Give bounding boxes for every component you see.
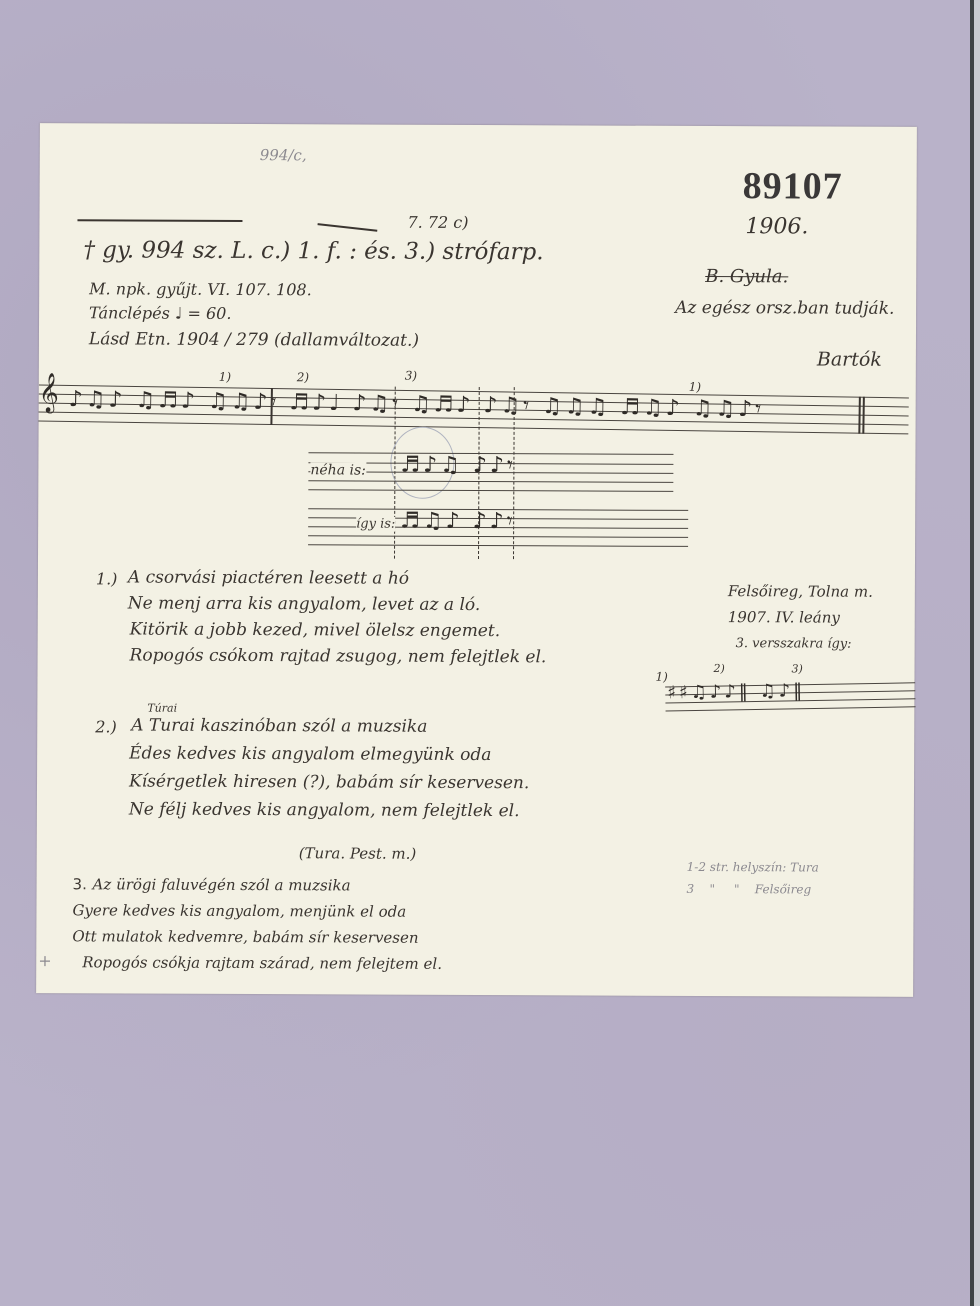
verse-3-line-2: Gyere kedves kis angyalom, menjünk el od… xyxy=(72,901,406,920)
verse-1-line-1: A csorvási piactéren leesett a hó xyxy=(128,567,409,588)
tempo-line: Tánclépés ♩ = 60. xyxy=(89,303,231,323)
place-note: Felsőireg, Tolna m. xyxy=(728,582,873,601)
mount-edge-shadow xyxy=(970,0,974,1306)
variant-mark-2: 2) xyxy=(714,662,725,675)
verse-3-margin-mark: + xyxy=(38,951,51,970)
variant-2-label: így is: xyxy=(356,516,395,531)
final-barline-thick xyxy=(862,397,864,434)
see-also-line: Lásd Etn. 1904 / 279 (dallamváltozat.) xyxy=(89,329,419,350)
rule-line xyxy=(77,219,242,221)
manuscript-sheet: 994/c, 89107 1906. B. Gyula. Az egész or… xyxy=(36,123,917,997)
verse-1-number: 1.) xyxy=(96,569,118,588)
verse-3-line-1: Az ürögi faluvégén szól a muzsika xyxy=(93,875,351,894)
verse-2-line-2: Édes kedves kis angyalom elmegyünk oda xyxy=(129,743,491,765)
main-staff: 𝄞 ♪♫♪ ♫♬♪ ♫♫♪𝄾 ♬♪♩ ♪♫𝄾 ♫♬♪ ♪♫𝄾 ♫♫♫ ♬♫♪ ♫… xyxy=(38,377,909,440)
collector-struck: B. Gyula. xyxy=(705,266,788,287)
variant-1-notes: ♬♪♫ ♪♪𝄾 xyxy=(400,453,516,479)
verse-3-line-4: Ropogós csókja rajtam szárad, nem felejt… xyxy=(82,953,442,973)
staff-mark-1b: 1) xyxy=(689,380,701,394)
repeat-barline xyxy=(270,388,272,425)
verse-1-line-4: Ropogós csókom rajtad zsugog, nem felejt… xyxy=(130,645,547,667)
verse-2-line-1: A Turai kaszinóban szól a muzsika xyxy=(131,715,427,736)
collection-line: M. npk. gyűjt. VI. 107. 108. xyxy=(89,279,312,299)
date-note: 1907. IV. leány xyxy=(728,608,840,626)
distribution-note: Az egész orsz.ban tudják. xyxy=(675,298,894,319)
pencil-note-line-2: 3 " " Felsőireg xyxy=(687,882,812,897)
sidebar-variant-staff: ♯♯♫♪♪‖ ♫♪‖ xyxy=(665,680,916,718)
catalog-ref-above: 7. 72 c) xyxy=(407,213,468,232)
pencil-note-line-1: 1-2 str. helyszín: Tura xyxy=(687,860,819,875)
staff-mark-1: 1) xyxy=(219,370,231,384)
verse-3-number: 3. xyxy=(73,875,87,893)
sidebar-variant-notes: ♯♯♫♪♪‖ ♫♪‖ xyxy=(667,680,805,703)
catalog-line: † gy. 994 sz. L. c.) 1. f. : és. 3.) str… xyxy=(83,237,543,265)
treble-clef: 𝄞 xyxy=(39,373,63,413)
main-melody-notes: ♪♫♪ ♫♬♪ ♫♫♪𝄾 ♬♪♩ ♪♫𝄾 ♫♬♪ ♪♫𝄾 ♫♫♫ ♬♫♪ ♫♫♪… xyxy=(69,387,765,422)
variant-1-label: néha is: xyxy=(310,462,366,478)
verse-2-correction: Túrai xyxy=(147,702,177,715)
verse-2-line-3: Kísérgetlek hiresen (?), babám sír keser… xyxy=(129,771,529,793)
staff-mark-2: 2) xyxy=(297,370,309,384)
pencil-reference: 994/c, xyxy=(260,146,307,164)
variant-2-notes: ♬♫♪ ♪♪𝄾 xyxy=(400,509,516,535)
verse-3-line-3: Ott mulatok kedvemre, babám sír keserves… xyxy=(72,927,418,947)
rule-line xyxy=(318,223,378,231)
signature-bartok: Bartók xyxy=(817,348,882,370)
archive-stamp-number: 89107 xyxy=(743,164,843,208)
verse-1-line-2: Ne menj arra kis angyalom, levet az a ló… xyxy=(128,593,481,615)
variant-mark-3: 3) xyxy=(791,662,802,675)
variant-mark-1: 1) xyxy=(655,670,667,684)
year: 1906. xyxy=(745,214,808,239)
verse-2-line-4: Ne félj kedves kis angyalom, nem felejtl… xyxy=(129,799,520,821)
verse-3-variant-note: 3. versszakra így: xyxy=(736,636,852,652)
verse-1-line-3: Kitörik a jobb kezed, mivel ölelsz engem… xyxy=(130,619,501,641)
verse-2-place-note: (Tura. Pest. m.) xyxy=(299,844,417,863)
staff-mark-3: 3) xyxy=(405,369,417,383)
final-barline xyxy=(858,397,860,434)
verse-2-number: 2.) xyxy=(95,717,117,736)
scan-edge xyxy=(974,0,980,1306)
